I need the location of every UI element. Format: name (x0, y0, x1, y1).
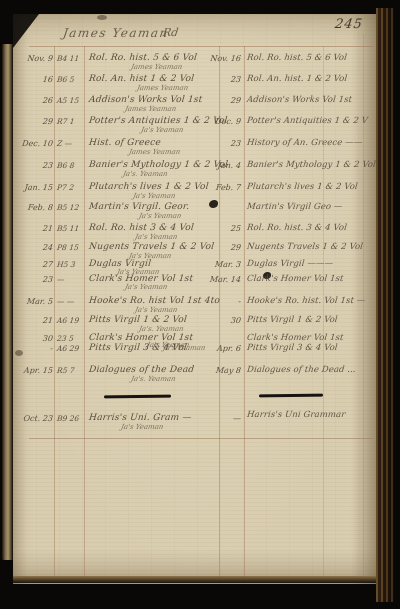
entry-signature: James Yeaman (124, 105, 177, 113)
entry-shelfmark: B5 11 (57, 224, 80, 233)
entry-shelfmark: B9 26 (57, 414, 80, 423)
entry-return-title: Nugents Travels 1 & 2 Vol (246, 242, 363, 252)
entry-borrow-date: 16 (5, 75, 54, 84)
entry-title: Rol. Ro. hist 3 & 4 Vol (88, 223, 194, 233)
entry-signature: Ja's Yeaman (120, 423, 164, 431)
entry-borrow-date: 27 (5, 260, 54, 269)
entry-borrow-date: Feb. 8 (5, 203, 54, 212)
entry-title: Rol. Ro. hist. 5 & 6 Vol (88, 53, 197, 63)
entry-signature: James Yeaman (136, 84, 189, 92)
entry-return-date: 29 (193, 243, 242, 252)
entry-shelfmark: Z — (57, 139, 73, 148)
entry-signature: Ja's. Yeaman (138, 325, 184, 333)
entry-title: Rol. An. hist 1 & 2 Vol (88, 74, 194, 84)
entry-return-title: Rol. Ro. hist. 3 & 4 Vol (246, 223, 347, 233)
entry-title: Harris's Uni. Gram — (88, 413, 192, 423)
ink-blot (209, 200, 218, 208)
entry-borrow-date: 21 (5, 224, 54, 233)
photograph-of-ledger-book: James Yeaman Rd 245 Nov. 9B4 11Rol. Ro. … (0, 0, 400, 609)
entry-borrow-date: 30 (5, 334, 54, 343)
entry-shelfmark: P8 15 (57, 243, 80, 252)
entry-borrow-date: 21 (5, 316, 54, 325)
entry-return-title: Addison's Works Vol 1st (246, 95, 352, 105)
entry-borrow-date: Oct. 23 (5, 414, 54, 423)
entry-return-title: Hooke's Ro. hist. Vol 1st — (246, 296, 365, 306)
entry-signature: Ja's Yeaman (134, 306, 178, 314)
entry-return-date: — (193, 414, 242, 423)
entry-return-title: Harris's Uni Grammar (246, 410, 345, 420)
returned-column-heading: Rd (162, 26, 179, 39)
entry-return-date: 23 (193, 75, 242, 84)
ink-closing-stroke-left (104, 395, 171, 398)
entry-return-title: Dialogues of the Dead ... (246, 365, 356, 375)
entry-shelfmark: B6 8 (57, 161, 75, 170)
entry-return-date: Nov. 16 (193, 54, 242, 63)
entry-return-title: Banier's Mythology 1 & 2 Vol (246, 160, 376, 170)
entry-borrow-date: Jan. 15 (5, 183, 54, 192)
entry-title: Hist. of Greece (88, 138, 161, 148)
entry-signature: James Yeaman (130, 63, 183, 71)
entry-shelfmark: H5 3 (57, 260, 76, 269)
entry-borrow-date: Dec. 10 (5, 139, 54, 148)
page-corner-shadow (13, 14, 39, 48)
column-rule-shelfmark (84, 46, 85, 578)
column-rule-return-title (244, 46, 245, 578)
entry-return-date: Dec. 9 (193, 117, 242, 126)
entry-return-title: Clark's Homer Vol 1st (246, 333, 344, 343)
entry-return-title: Rol. An. hist. 1 & 2 Vol (246, 74, 347, 84)
entry-return-date: Mar. 14 (193, 275, 242, 284)
entry-borrow-date: 24 (5, 243, 54, 252)
entry-shelfmark: B4 11 (57, 54, 80, 63)
entry-return-title: Plutarch's lives 1 & 2 Vol (246, 182, 358, 192)
ink-closing-stroke-right (259, 394, 323, 397)
entry-shelfmark: 23 5 (57, 334, 75, 343)
entry-return-title: Duglas Virgil ——— (246, 259, 333, 269)
section-bottom-rule (29, 438, 373, 439)
entry-return-date: - (193, 297, 242, 306)
entry-return-title: Rol. Ro. hist. 5 & 6 Vol (246, 53, 347, 63)
entry-signature: Ja's Yeaman (134, 233, 178, 241)
entry-signature: Ja's Yeaman (138, 212, 182, 220)
entry-shelfmark: R7 1 (57, 117, 76, 126)
ledger-page: James Yeaman Rd 245 Nov. 9B4 11Rol. Ro. … (13, 14, 376, 584)
entry-title: Martin's Virgil. Geor. (88, 202, 189, 212)
entry-shelfmark: — — (57, 297, 75, 306)
entry-shelfmark: A6 29 (57, 344, 80, 353)
entry-return-title: Martin's Virgil Geo — (246, 202, 342, 212)
entry-return-title: Clark's Homer Vol 1st (246, 274, 344, 284)
entry-return-title: Pitts Virgil 1 & 2 Vol (246, 315, 338, 325)
page-bottom-edge (13, 576, 376, 583)
page-heading-borrower-name: James Yeaman (62, 26, 170, 40)
entry-title: Pitts Virgil 1 & 2 Vol (88, 315, 187, 325)
entry-shelfmark: — (57, 275, 65, 284)
entry-signature: Ja's Yeaman (140, 126, 184, 134)
entry-title: Addison's Works Vol 1st (88, 95, 202, 105)
header-rule (29, 46, 373, 47)
entry-signature: Ja's Yeaman (132, 192, 176, 200)
entry-title: Dialogues of the Dead (88, 365, 194, 375)
entry-return-date: 25 (193, 224, 242, 233)
entry-borrow-date: 23 (5, 275, 54, 284)
entry-shelfmark: R5 7 (57, 366, 76, 375)
entry-borrow-date: Mar. 5 (5, 297, 54, 306)
entry-return-date: 30 (193, 316, 242, 325)
entry-signature: James Yeaman (128, 148, 181, 156)
entry-shelfmark: B5 12 (57, 203, 80, 212)
entry-borrow-date: Nov. 9 (5, 54, 54, 63)
entry-return-date: May 8 (193, 366, 242, 375)
entry-shelfmark: P7 2 (57, 183, 75, 192)
entry-shelfmark: A6 19 (57, 316, 80, 325)
entry-return-date: Jan. 4 (193, 161, 242, 170)
entry-shelfmark: A5 15 (57, 96, 80, 105)
entry-return-title: Potter's Antiquities 1 & 2 V (246, 116, 368, 126)
book-binding-gutter (376, 8, 394, 602)
entry-borrow-date: 29 (5, 117, 54, 126)
entry-return-title: Pitts Virgil 3 & 4 Vol (246, 343, 338, 353)
ink-smudge (97, 15, 107, 20)
entry-signature: Ja's. Yeaman (130, 375, 176, 383)
entry-return-date: Apr. 6 (193, 344, 242, 353)
entry-shelfmark: B6 5 (57, 75, 75, 84)
column-rule-date (54, 46, 55, 578)
entry-borrow-date: Apr. 15 (5, 366, 54, 375)
entry-return-date: Mar. 3 (193, 260, 242, 269)
entry-borrow-date: 26 (5, 96, 54, 105)
entry-return-date: 29 (193, 96, 242, 105)
entry-title: Plutarch's lives 1 & 2 Vol (88, 182, 209, 192)
entry-signature: Ja's Yeaman (124, 283, 168, 291)
entry-borrow-date: - (5, 344, 54, 353)
entry-return-title: History of An. Greece —— (246, 138, 362, 148)
entry-borrow-date: 23 (5, 161, 54, 170)
page-number: 245 (334, 17, 364, 32)
entry-return-date: Feb. 7 (193, 183, 242, 192)
entry-signature: Ja's. Yeaman (122, 170, 168, 178)
entry-return-date: 23 (193, 139, 242, 148)
